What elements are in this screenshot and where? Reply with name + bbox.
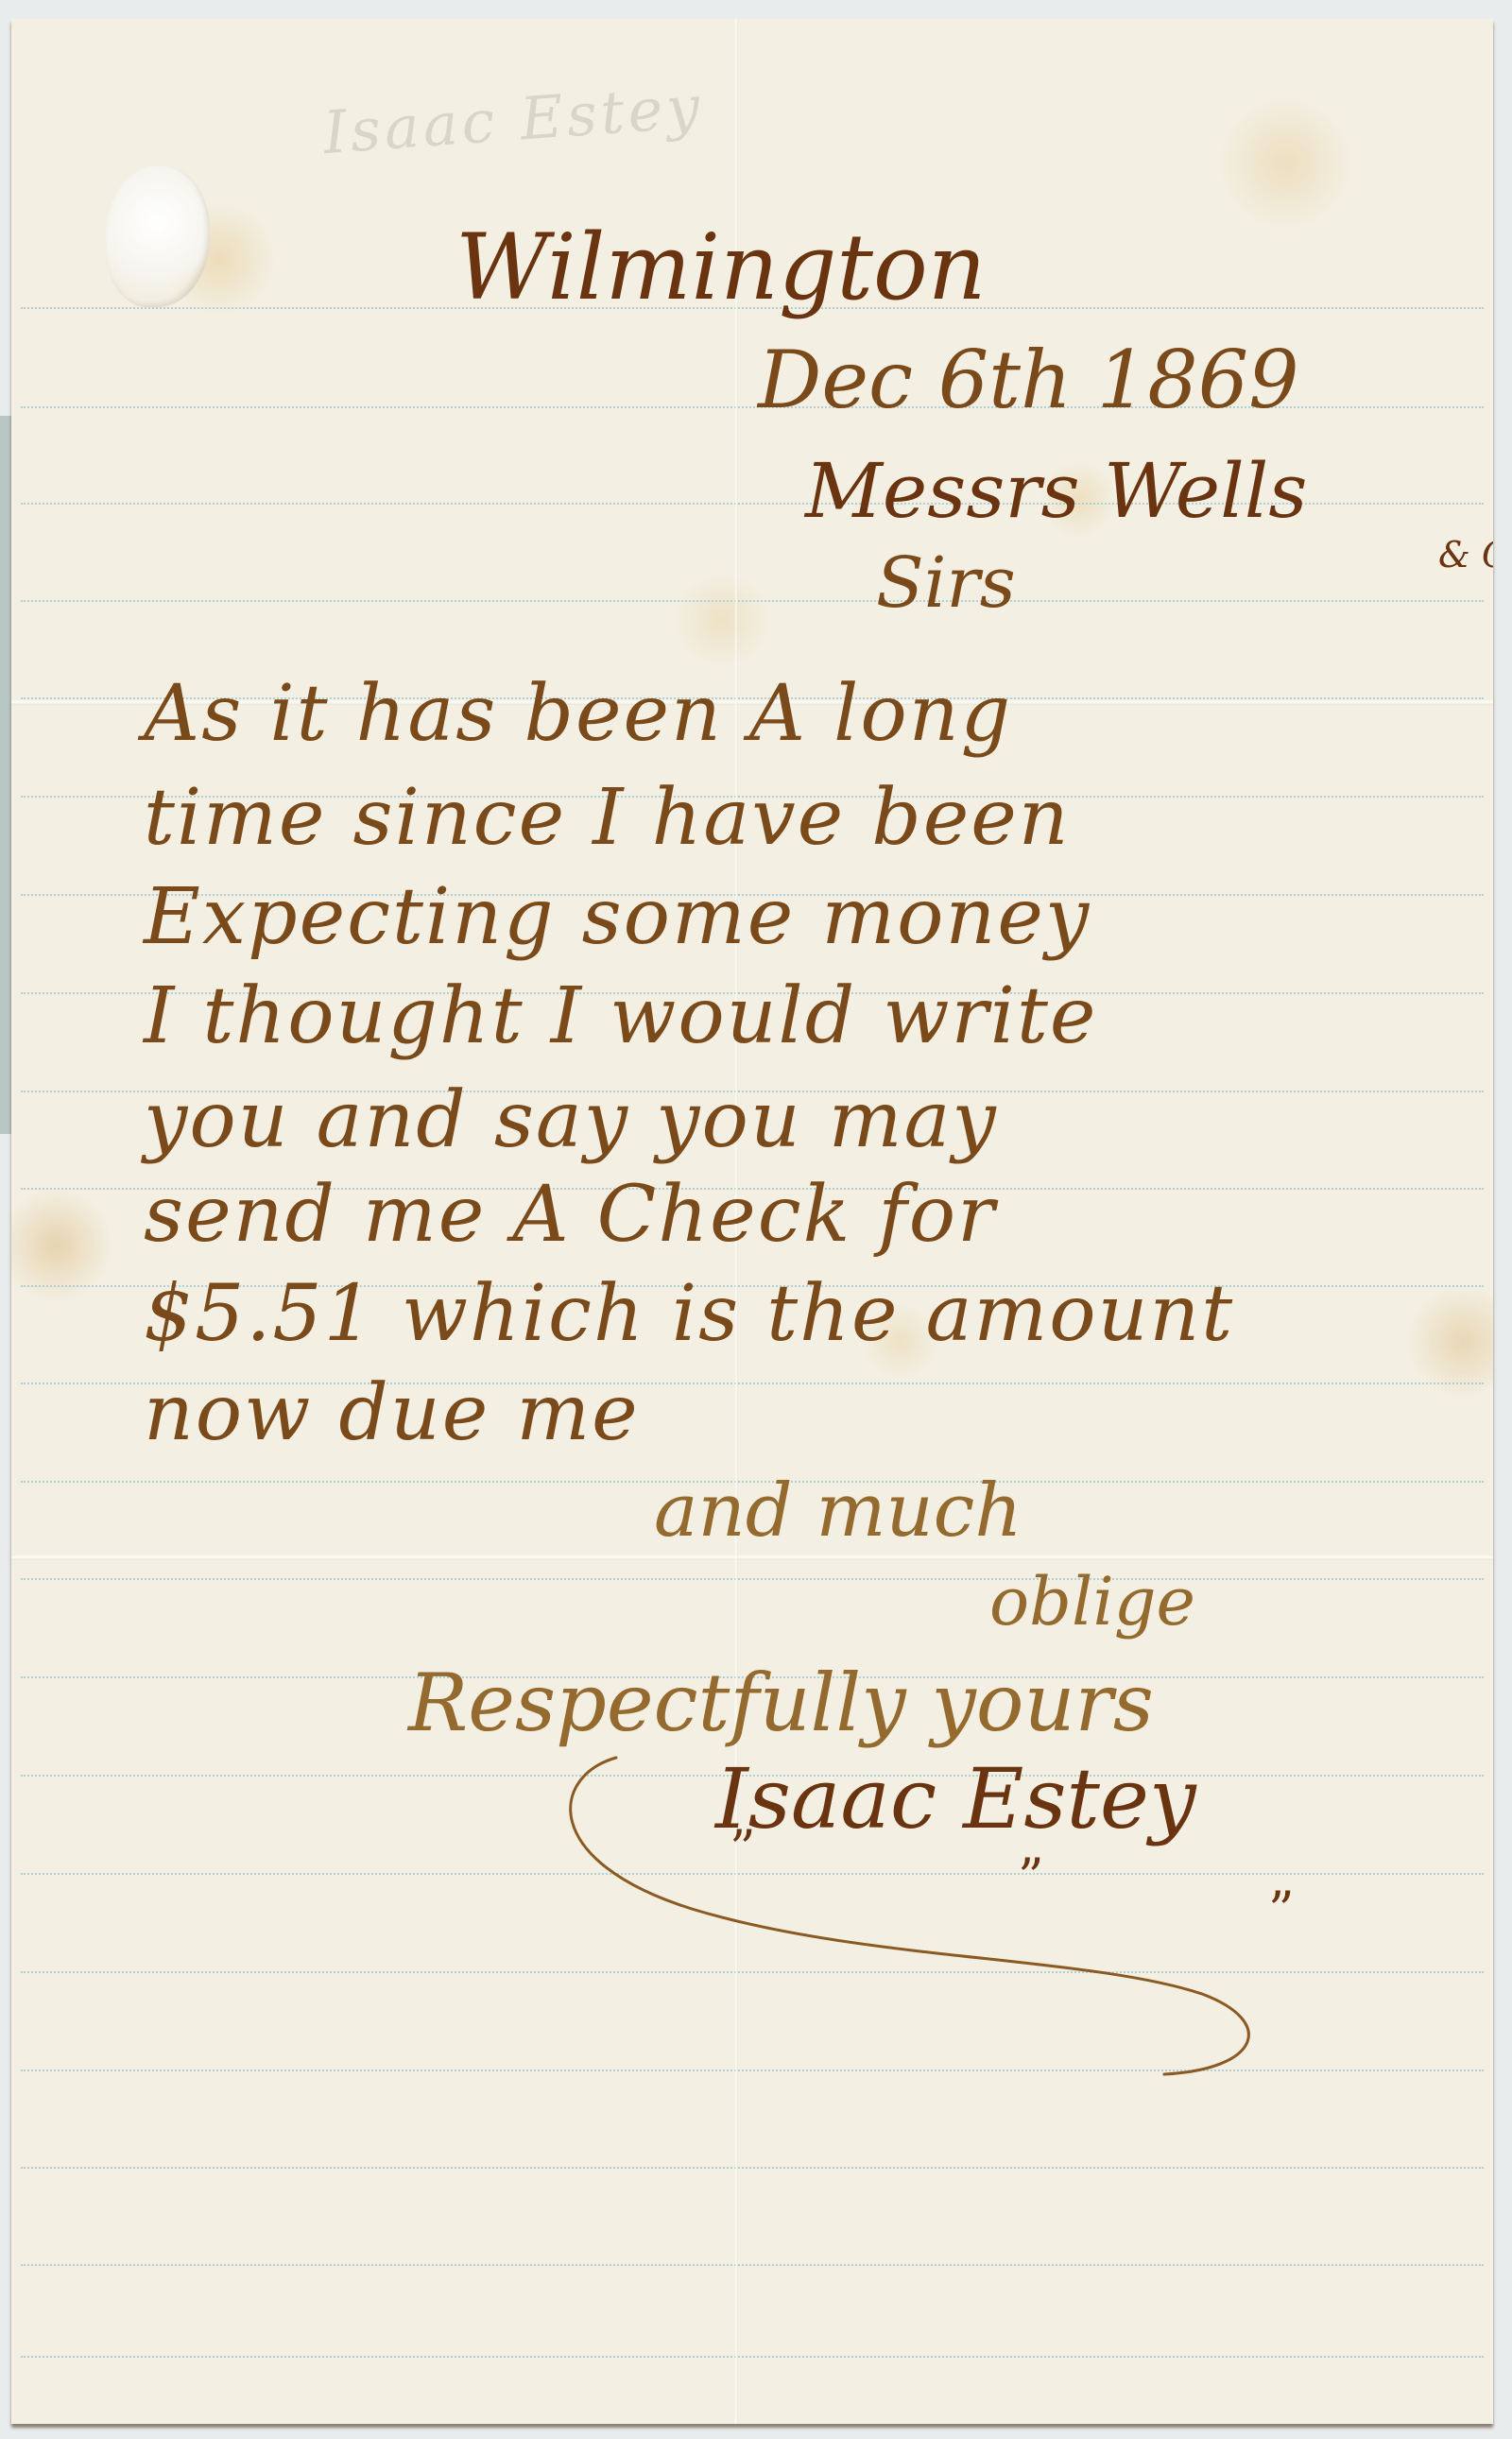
body-line: Expecting some money <box>144 879 1091 956</box>
body-line: As it has been A long <box>144 676 1012 753</box>
letter-addressee: Messrs Wells <box>805 454 1307 529</box>
body-line: now due me <box>144 1375 640 1452</box>
horizontal-fold-crease <box>11 1554 1493 1560</box>
valediction: Respectfully yours <box>408 1663 1154 1743</box>
closing-line: oblige <box>989 1569 1195 1635</box>
ruled-line <box>21 2264 1484 2266</box>
ditto-mark: ” <box>1018 1847 1044 1907</box>
letter-salutation: Sirs <box>876 548 1016 618</box>
ruled-line <box>21 2356 1484 2358</box>
body-line: you and say you may <box>144 1082 998 1159</box>
letter-paper: Isaac Estey Wilmington Dec 6th 1869 Mess… <box>11 19 1493 2424</box>
ditto-mark: ” <box>1268 1881 1295 1940</box>
closing-line: and much <box>654 1474 1022 1548</box>
signature-flourish-icon <box>559 1739 1315 2079</box>
body-line: $5.51 which is the amount <box>144 1276 1234 1353</box>
embossed-seal-icon <box>106 165 210 307</box>
ruled-line <box>21 2167 1484 2169</box>
body-line: I thought I would write <box>144 978 1097 1056</box>
ruled-line <box>21 600 1484 602</box>
ruled-line <box>21 1578 1484 1580</box>
letter-date: Dec 6th 1869 <box>758 340 1299 420</box>
body-line: send me A Check for <box>144 1177 996 1254</box>
ditto-mark: ” <box>730 1819 756 1879</box>
pencil-notation: Isaac Estey <box>321 72 706 167</box>
letter-addressee-suffix: & Co <box>1438 537 1493 573</box>
letter-place: Wilmington <box>455 222 987 313</box>
body-line: time since I have been <box>144 780 1071 857</box>
